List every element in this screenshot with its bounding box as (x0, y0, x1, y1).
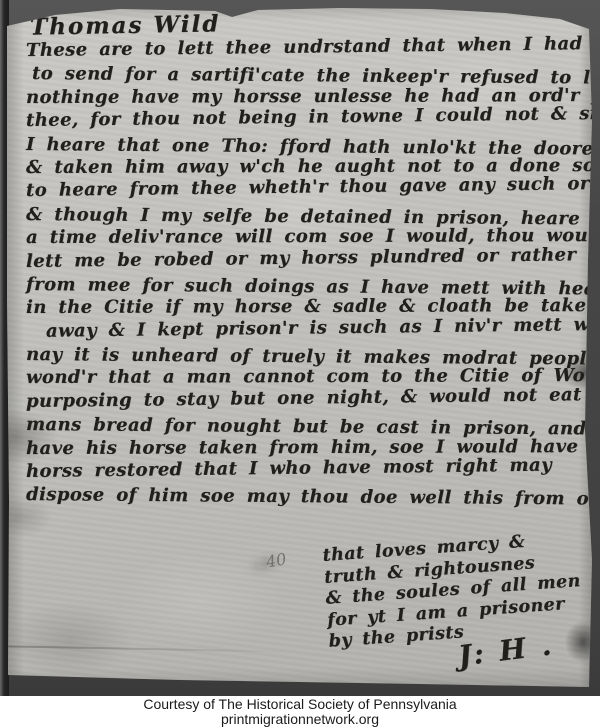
credit-line: Courtesy of The Historical Society of Pe… (0, 697, 600, 712)
manuscript-photo: Thomas Wild These are to lett thee undrs… (0, 0, 600, 696)
letter-body: These are to lett thee undrstand that wh… (26, 40, 588, 508)
letter-paper: Thomas Wild These are to lett thee undrs… (0, 0, 600, 696)
pencil-mark: 40 (265, 549, 288, 571)
letter-line: dispose of him soe may thou doe well thi… (26, 484, 588, 512)
letter-line: to heare from thee wheth'r thou gave any… (26, 173, 588, 203)
screenshot-frame: Thomas Wild These are to lett thee undrs… (0, 0, 600, 727)
credit-caption: Courtesy of The Historical Society of Pe… (0, 696, 600, 727)
letter-heading: Thomas Wild (30, 10, 221, 40)
credit-url: printmigrationnetwork.org (0, 712, 600, 727)
paper-crease (0, 645, 290, 653)
